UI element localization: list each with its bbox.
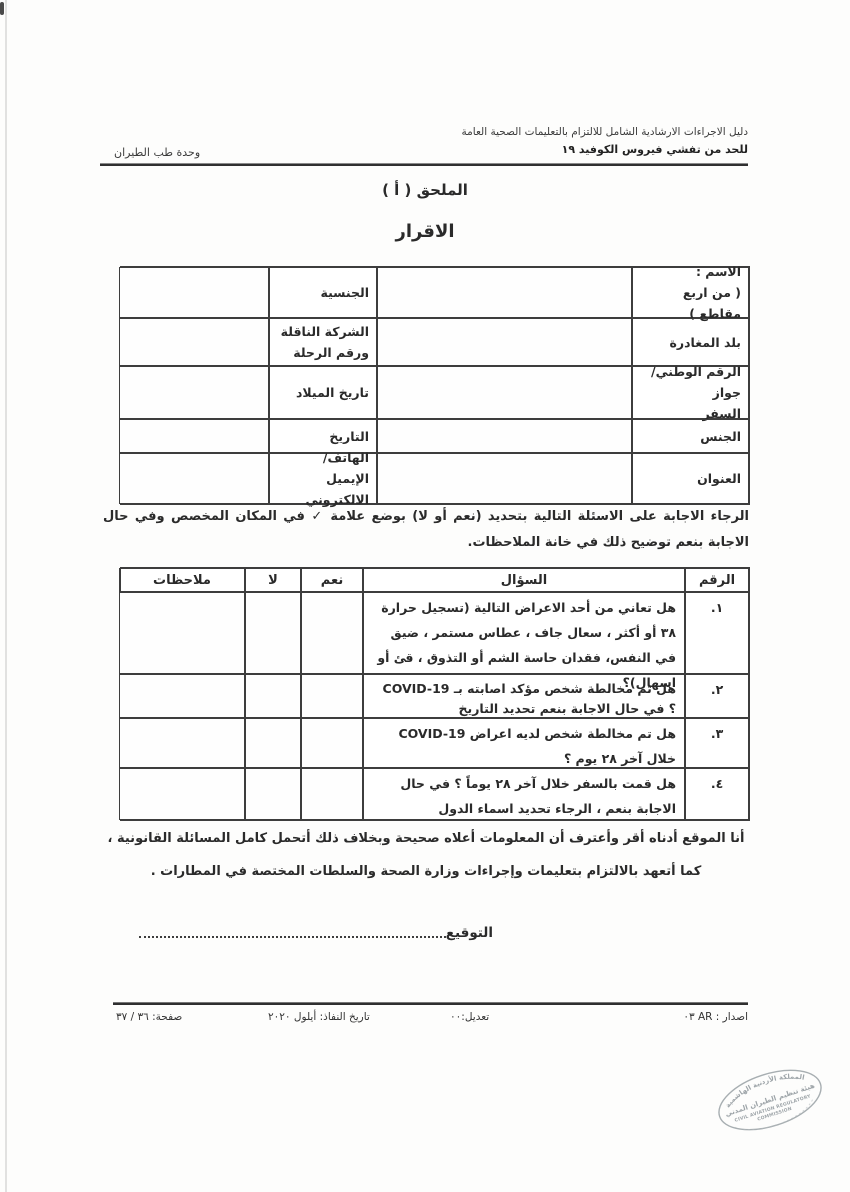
field-input-address <box>377 453 632 504</box>
scan-edge-artifact <box>5 0 7 1192</box>
scanned-document-page: { "colors": { "ink": "#2a2a2a", "table_b… <box>0 0 850 1192</box>
field-label-phone-email: الهاتف/ الإيميل الالكتروني <box>269 453 377 504</box>
col-header-notes: ملاحظات <box>119 568 245 592</box>
question-3-notes-box <box>119 718 245 768</box>
col-header-number: الرقم <box>685 568 749 592</box>
signature-dotted-line <box>139 936 446 938</box>
question-3-yes-box <box>301 718 363 768</box>
question-2-yes-box <box>301 674 363 718</box>
personal-info-table: الاسم : ( من اربع مقاطع ) الجنسية بلد ال… <box>120 266 750 505</box>
question-2-no-box <box>245 674 301 718</box>
footer-divider <box>113 1002 748 1005</box>
unit-name: وحدة طب الطيران <box>114 146 200 159</box>
official-stamp: المملكة الأردنية الهاشمية هيئة تنظيم الط… <box>703 1058 838 1142</box>
question-4-notes-box <box>119 768 245 820</box>
footer-page-number: صفحة: ٣٦ / ٣٧ <box>116 1011 182 1023</box>
field-label-address: العنوان <box>632 453 749 504</box>
question-1-notes-box <box>119 592 245 674</box>
question-4-no-box <box>245 768 301 820</box>
field-input-date <box>119 419 269 453</box>
signature-label: التوقيع <box>446 924 493 942</box>
question-4-yes-box <box>301 768 363 820</box>
field-label-gender: الجنس <box>632 419 749 453</box>
question-2-notes-box <box>119 674 245 718</box>
question-1-text: هل تعاني من أحد الاعراض التالية (تسجيل ح… <box>363 592 685 674</box>
page-title: الاقرار <box>0 221 850 242</box>
field-input-phone-email <box>119 453 269 504</box>
question-1-number: ١. <box>685 592 749 674</box>
col-header-yes: نعم <box>301 568 363 592</box>
question-2-text: هل تم مخالطة شخص مؤكد اصابته بـ COVID-19… <box>363 674 685 718</box>
footer-issue-number: اصدار : AR ٠٣ <box>612 1011 748 1023</box>
field-label-nationality: الجنسية <box>269 267 377 318</box>
question-4-text: هل قمت بالسفر خلال آخر ٢٨ يوماً ؟ في حال… <box>363 768 685 820</box>
field-label-name: الاسم : ( من اربع مقاطع ) <box>632 267 749 318</box>
scan-corner-speck <box>0 2 4 15</box>
field-input-nationality <box>119 267 269 318</box>
question-1-yes-box <box>301 592 363 674</box>
legal-declaration-text: أنا الموقع أدناه أقر وأعترف أن المعلومات… <box>103 822 749 888</box>
field-label-departure-country: بلد المغادرة <box>632 318 749 366</box>
col-header-no: لا <box>245 568 301 592</box>
question-3-no-box <box>245 718 301 768</box>
document-header-right: دليل الاجراءات الارشادية الشامل للالتزام… <box>318 124 748 158</box>
manual-title-line1: دليل الاجراءات الارشادية الشامل للالتزام… <box>318 124 748 141</box>
field-label-birth-date: تاريخ الميلاد <box>269 366 377 419</box>
questions-table: الرقم السؤال نعم لا ملاحظات ١. هل تعاني … <box>120 567 750 821</box>
question-3-text: هل تم مخالطة شخص لديه اعراض COVID-19 خلا… <box>363 718 685 768</box>
question-1-no-box <box>245 592 301 674</box>
field-label-national-id-passport: الرقم الوطني/ جواز السفر <box>632 366 749 419</box>
field-label-carrier-flight: الشركة الناقلة ورقم الرحلة <box>269 318 377 366</box>
footer-effective-date: تاريخ النفاذ: أيلول ٢٠٢٠ <box>268 1011 370 1023</box>
field-input-departure-country <box>377 318 632 366</box>
header-divider <box>100 163 748 166</box>
footer-revision: تعديل:٠٠ <box>450 1011 489 1023</box>
col-header-question: السؤال <box>363 568 685 592</box>
field-input-gender <box>377 419 632 453</box>
signature-row: التوقيع <box>137 924 493 942</box>
manual-title-line2: للحد من تفشي فيروس الكوفيد ١٩ <box>318 141 748 158</box>
question-3-number: ٣. <box>685 718 749 768</box>
annex-title: الملحق ( أ ) <box>0 181 850 199</box>
answer-instructions: الرجاء الاجابة على الاسئلة التالية بتحدي… <box>103 504 749 556</box>
field-input-birth-date <box>119 366 269 419</box>
question-4-number: ٤. <box>685 768 749 820</box>
field-input-carrier-flight <box>119 318 269 366</box>
field-input-name <box>377 267 632 318</box>
question-2-number: ٢. <box>685 674 749 718</box>
field-input-national-id-passport <box>377 366 632 419</box>
